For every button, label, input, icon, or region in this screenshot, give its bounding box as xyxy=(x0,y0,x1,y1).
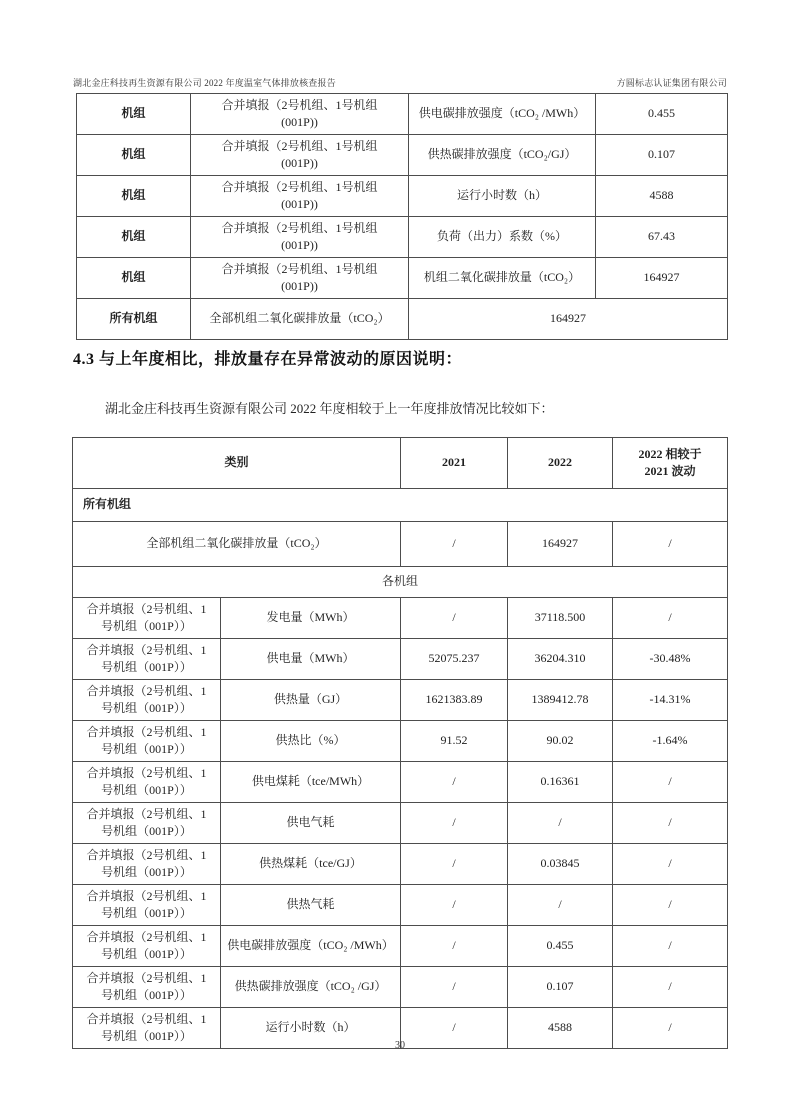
metric-cell: 供热量（GJ） xyxy=(221,680,401,721)
metric-cell: 供电煤耗（tce/MWh） xyxy=(221,762,401,803)
unit-cell: 合并填报（2号机组、1号机组 (001P)) xyxy=(191,176,409,217)
metric-cell: 全部机组二氧化碳排放量（tCO₂） xyxy=(191,299,409,340)
document-page: 湖北金庄科技再生资源有限公司 2022 年度温室气体排放核查报告 方圆标志认证集… xyxy=(0,0,800,1120)
value-2022-cell: 0.455 xyxy=(508,926,613,967)
unit-cell: 合并填报（2号机组、1 号机组（001P）） xyxy=(73,680,221,721)
variance-cell: / xyxy=(613,926,728,967)
value-cell: 4588 xyxy=(596,176,728,217)
value-2021-cell: 1621383.89 xyxy=(401,680,508,721)
table-row: 机组 合并填报（2号机组、1号机组 (001P)) 供热碳排放强度（tCO₂/G… xyxy=(77,135,728,176)
variance-cell: / xyxy=(613,598,728,639)
value-cell: 164927 xyxy=(596,258,728,299)
value-2022-cell: 1389412.78 xyxy=(508,680,613,721)
group-label-cell: 所有机组 xyxy=(73,489,728,522)
table-row: 机组 合并填报（2号机组、1号机组 (001P)) 负荷（出力）系数（%） 67… xyxy=(77,217,728,258)
scope-cell: 机组 xyxy=(77,176,191,217)
value-2021-cell: / xyxy=(401,522,508,567)
value-2022-cell: 0.107 xyxy=(508,967,613,1008)
metric-cell: 供热碳排放强度（tCO₂ /GJ） xyxy=(221,967,401,1008)
category-header-cell: 类别 xyxy=(73,438,401,489)
section-heading: 4.3 与上年度相比，排放量存在异常波动的原因说明： xyxy=(73,346,733,369)
table-total-row: 所有机组 全部机组二氧化碳排放量（tCO₂） 164927 xyxy=(77,299,728,340)
value-cell: 67.43 xyxy=(596,217,728,258)
unit-cell: 合并填报（2号机组、1 号机组（001P）） xyxy=(73,967,221,1008)
value-2022-cell: 164927 xyxy=(508,522,613,567)
table-row: 合并填报（2号机组、1 号机组（001P）） 供热比（%） 91.52 90.0… xyxy=(73,721,728,762)
year-2021-header-cell: 2021 xyxy=(401,438,508,489)
variance-cell: -30.48% xyxy=(613,639,728,680)
scope-cell: 机组 xyxy=(77,135,191,176)
unit-cell: 合并填报（2号机组、1号机组 (001P)) xyxy=(191,217,409,258)
value-2021-cell: / xyxy=(401,598,508,639)
scope-cell: 机组 xyxy=(77,94,191,135)
value-2021-cell: / xyxy=(401,803,508,844)
value-2022-cell: 90.02 xyxy=(508,721,613,762)
table-row: 合并填报（2号机组、1 号机组（001P）） 供电碳排放强度（tCO₂ /MWh… xyxy=(73,926,728,967)
metric-cell: 供电气耗 xyxy=(221,803,401,844)
table-header-row: 类别 2021 2022 2022 相较于 2021 波动 xyxy=(73,438,728,489)
variance-cell: / xyxy=(613,967,728,1008)
metric-cell: 全部机组二氧化碳排放量（tCO₂） xyxy=(73,522,401,567)
metric-cell: 供热煤耗（tce/GJ） xyxy=(221,844,401,885)
value-2021-cell: / xyxy=(401,926,508,967)
value-2021-cell: / xyxy=(401,967,508,1008)
value-2021-cell: / xyxy=(401,844,508,885)
variance-cell: -1.64% xyxy=(613,721,728,762)
variance-header-cell: 2022 相较于 2021 波动 xyxy=(613,438,728,489)
metric-cell: 供电量（MWh） xyxy=(221,639,401,680)
value-2021-cell: 91.52 xyxy=(401,721,508,762)
variance-cell: -14.31% xyxy=(613,680,728,721)
metric-cell: 供热气耗 xyxy=(221,885,401,926)
comparison-table: 类别 2021 2022 2022 相较于 2021 波动 所有机组 全部机组二… xyxy=(72,437,728,1049)
group-row-each-unit: 各机组 xyxy=(73,567,728,598)
metric-cell: 供电碳排放强度（tCO₂ /MWh） xyxy=(221,926,401,967)
table-row: 合并填报（2号机组、1 号机组（001P）） 供热碳排放强度（tCO₂ /GJ）… xyxy=(73,967,728,1008)
scope-cell: 所有机组 xyxy=(77,299,191,340)
table-row: 合并填报（2号机组、1 号机组（001P）） 供热量（GJ） 1621383.8… xyxy=(73,680,728,721)
variance-cell: / xyxy=(613,762,728,803)
metric-cell: 发电量（MWh） xyxy=(221,598,401,639)
value-2022-cell: 37118.500 xyxy=(508,598,613,639)
metric-cell: 负荷（出力）系数（%） xyxy=(409,217,596,258)
unit-cell: 合并填报（2号机组、1 号机组（001P）） xyxy=(73,926,221,967)
unit-cell: 合并填报（2号机组、1 号机组（001P）） xyxy=(73,721,221,762)
unit-cell: 合并填报（2号机组、1 号机组（001P）） xyxy=(73,762,221,803)
value-2022-cell: / xyxy=(508,803,613,844)
table-row: 合并填报（2号机组、1 号机组（001P）） 供热气耗 / / / xyxy=(73,885,728,926)
value-cell: 0.107 xyxy=(596,135,728,176)
unit-cell: 合并填报（2号机组、1 号机组（001P）） xyxy=(73,598,221,639)
variance-cell: / xyxy=(613,803,728,844)
variance-cell: / xyxy=(613,844,728,885)
value-cell: 164927 xyxy=(409,299,728,340)
unit-cell: 合并填报（2号机组、1号机组 (001P)) xyxy=(191,135,409,176)
metric-cell: 供热比（%） xyxy=(221,721,401,762)
page-number: 30 xyxy=(0,1040,800,1051)
value-2021-cell: 52075.237 xyxy=(401,639,508,680)
metric-cell: 供热碳排放强度（tCO₂/GJ） xyxy=(409,135,596,176)
table-row: 合并填报（2号机组、1 号机组（001P）） 发电量（MWh） / 37118.… xyxy=(73,598,728,639)
value-2022-cell: 0.03845 xyxy=(508,844,613,885)
table-row: 合并填报（2号机组、1 号机组（001P）） 供热煤耗（tce/GJ） / 0.… xyxy=(73,844,728,885)
metric-cell: 运行小时数（h） xyxy=(409,176,596,217)
value-2022-cell: 36204.310 xyxy=(508,639,613,680)
value-2021-cell: / xyxy=(401,762,508,803)
value-2022-cell: / xyxy=(508,885,613,926)
emissions-summary-table: 机组 合并填报（2号机组、1号机组 (001P)) 供电碳排放强度（tCO₂ /… xyxy=(76,93,728,340)
unit-cell: 合并填报（2号机组、1号机组 (001P)) xyxy=(191,94,409,135)
intro-paragraph: 湖北金庄科技再生资源有限公司 2022 年度相较于上一年度排放情况比较如下： xyxy=(105,398,725,417)
table-row: 机组 合并填报（2号机组、1号机组 (001P)) 供电碳排放强度（tCO₂ /… xyxy=(77,94,728,135)
table-row: 合并填报（2号机组、1 号机组（001P）） 供电煤耗（tce/MWh） / 0… xyxy=(73,762,728,803)
group-row-all-units: 所有机组 xyxy=(73,489,728,522)
table-row: 机组 合并填报（2号机组、1号机组 (001P)) 机组二氧化碳排放量（tCO₂… xyxy=(77,258,728,299)
unit-cell: 合并填报（2号机组、1号机组 (001P)) xyxy=(191,258,409,299)
metric-cell: 机组二氧化碳排放量（tCO₂） xyxy=(409,258,596,299)
variance-cell: / xyxy=(613,885,728,926)
year-2022-header-cell: 2022 xyxy=(508,438,613,489)
scope-cell: 机组 xyxy=(77,217,191,258)
header-left-title: 湖北金庄科技再生资源有限公司 2022 年度温室气体排放核查报告 xyxy=(73,76,336,89)
table-total-row: 全部机组二氧化碳排放量（tCO₂） / 164927 / xyxy=(73,522,728,567)
table-row: 合并填报（2号机组、1 号机组（001P）） 供电气耗 / / / xyxy=(73,803,728,844)
running-header: 湖北金庄科技再生资源有限公司 2022 年度温室气体排放核查报告 方圆标志认证集… xyxy=(73,76,727,89)
unit-cell: 合并填报（2号机组、1 号机组（001P）） xyxy=(73,639,221,680)
variance-cell: / xyxy=(613,522,728,567)
metric-cell: 供电碳排放强度（tCO₂ /MWh） xyxy=(409,94,596,135)
header-right-company: 方圆标志认证集团有限公司 xyxy=(617,76,727,89)
table-row: 合并填报（2号机组、1 号机组（001P）） 供电量（MWh） 52075.23… xyxy=(73,639,728,680)
value-2022-cell: 0.16361 xyxy=(508,762,613,803)
unit-cell: 合并填报（2号机组、1 号机组（001P）） xyxy=(73,803,221,844)
unit-cell: 合并填报（2号机组、1 号机组（001P）） xyxy=(73,885,221,926)
value-cell: 0.455 xyxy=(596,94,728,135)
table-row: 机组 合并填报（2号机组、1号机组 (001P)) 运行小时数（h） 4588 xyxy=(77,176,728,217)
unit-cell: 合并填报（2号机组、1 号机组（001P）） xyxy=(73,844,221,885)
group-label-cell: 各机组 xyxy=(73,567,728,598)
value-2021-cell: / xyxy=(401,885,508,926)
scope-cell: 机组 xyxy=(77,258,191,299)
